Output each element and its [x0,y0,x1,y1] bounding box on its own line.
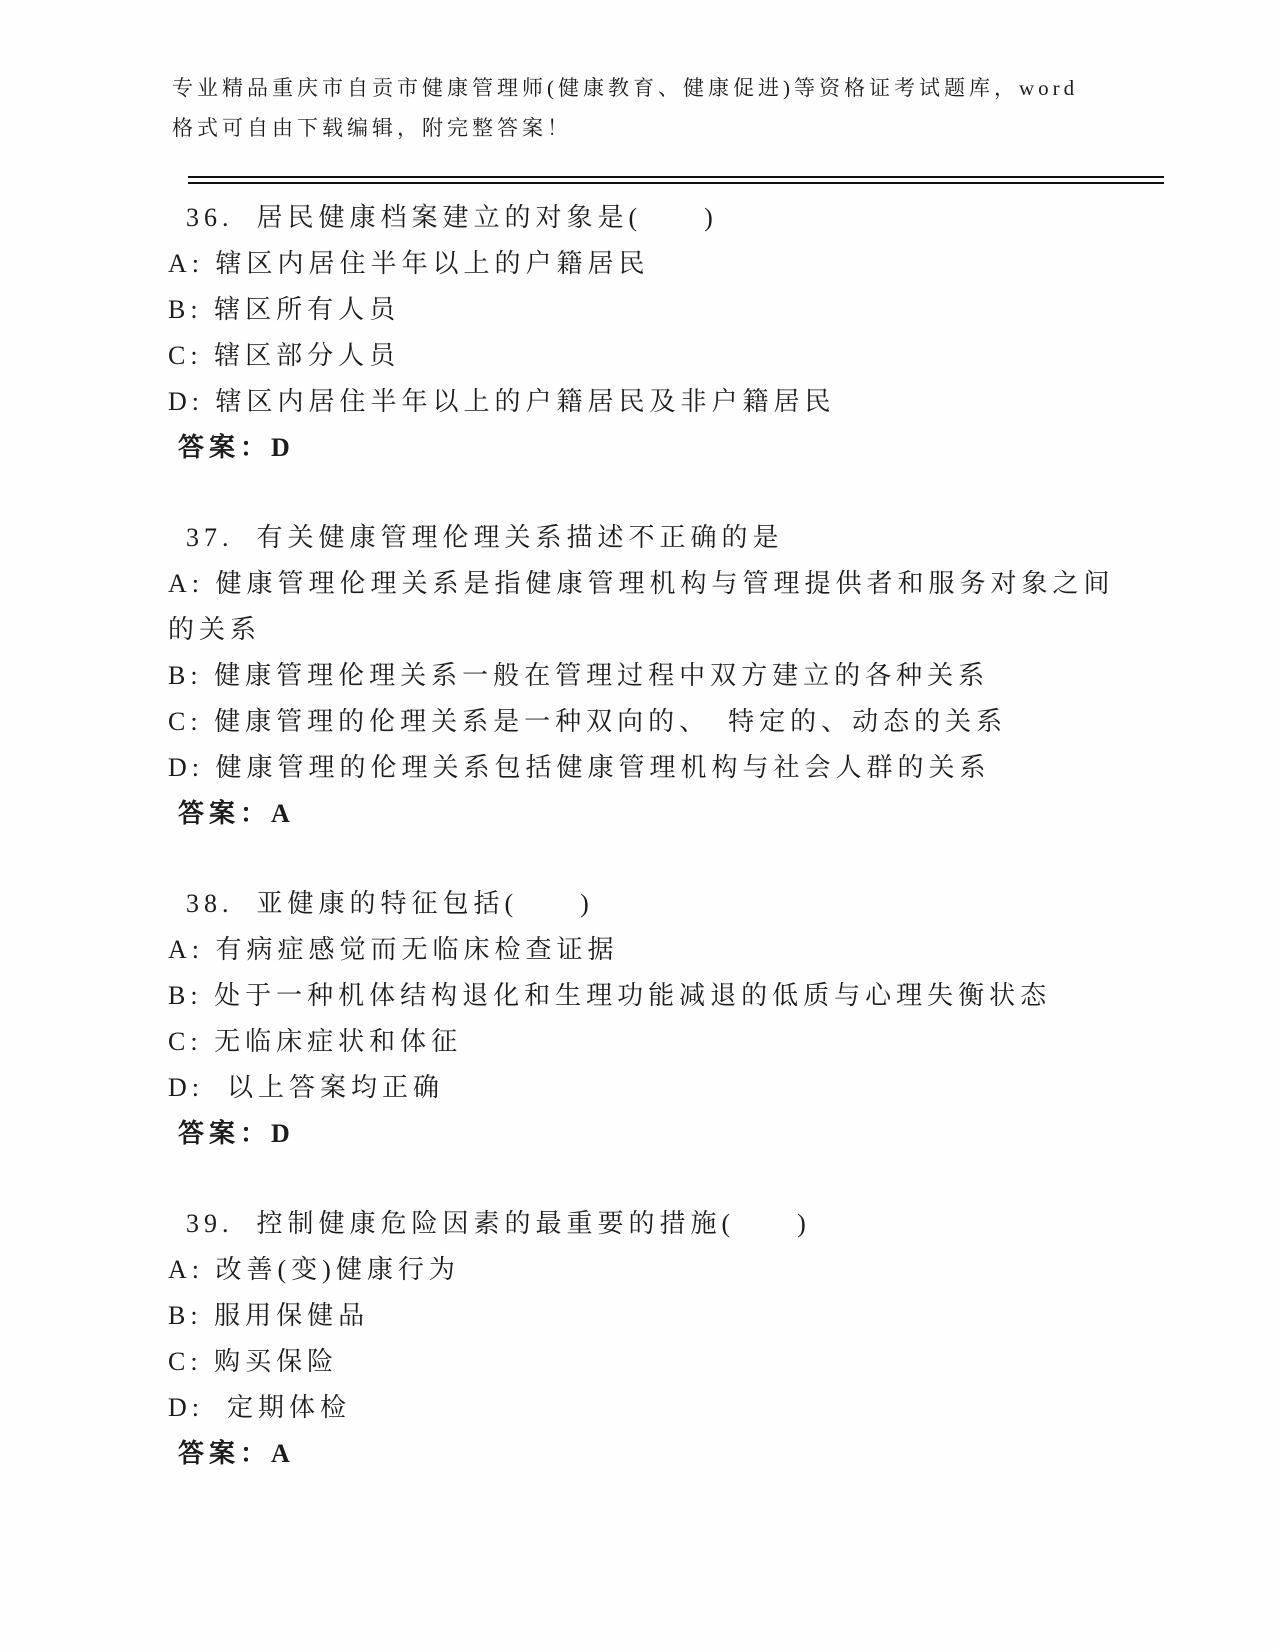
option-line: A: 改善(变)健康行为 [168,1247,1180,1293]
option-line-continuation: 的关系 [168,607,1180,653]
question-39: 39. 控制健康危险因素的最重要的措施( ) A: 改善(变)健康行为 B: 服… [168,1201,1180,1477]
question-title: 37. 有关健康管理伦理关系描述不正确的是 [168,515,1180,561]
question-37: 37. 有关健康管理伦理关系描述不正确的是 A: 健康管理伦理关系是指健康管理机… [168,515,1180,837]
option-line: A: 有病症感觉而无临床检查证据 [168,927,1180,973]
option-line: A: 辖区内居住半年以上的户籍居民 [168,241,1180,287]
answer-line: 答案：A [168,791,1180,837]
option-line: D: 定期体检 [168,1385,1180,1431]
option-line: B: 处于一种机体结构退化和生理功能减退的低质与心理失衡状态 [168,973,1180,1019]
answer-line: 答案：D [168,1111,1180,1157]
answer-line: 答案：D [168,425,1180,471]
header-disclaimer-line-1: 专业精品重庆市自贡市健康管理师(健康教育、健康促进)等资格证考试题库，word [172,68,1180,108]
question-38: 38. 亚健康的特征包括( ) A: 有病症感觉而无临床检查证据 B: 处于一种… [168,881,1180,1157]
option-line: D: 辖区内居住半年以上的户籍居民及非户籍居民 [168,379,1180,425]
document-page: 专业精品重庆市自贡市健康管理师(健康教育、健康促进)等资格证考试题库，word … [0,0,1275,1650]
header-disclaimer: 专业精品重庆市自贡市健康管理师(健康教育、健康促进)等资格证考试题库，word … [172,0,1180,148]
option-line: C: 无临床症状和体征 [168,1019,1180,1065]
option-line: C: 购买保险 [168,1339,1180,1385]
option-line: C: 辖区部分人员 [168,333,1180,379]
option-line: A: 健康管理伦理关系是指健康管理机构与管理提供者和服务对象之间 [168,561,1180,607]
question-title: 36. 居民健康档案建立的对象是( ) [168,195,1180,241]
header-disclaimer-line-2: 格式可自由下载编辑，附完整答案！ [172,108,1180,148]
answer-line: 答案：A [168,1431,1180,1477]
question-36: 36. 居民健康档案建立的对象是( ) A: 辖区内居住半年以上的户籍居民 B:… [168,195,1180,471]
option-line: D: 健康管理的伦理关系包括健康管理机构与社会人群的关系 [168,745,1180,791]
option-line: C: 健康管理的伦理关系是一种双向的、 特定的、动态的关系 [168,699,1180,745]
option-line: B: 健康管理伦理关系一般在管理过程中双方建立的各种关系 [168,653,1180,699]
option-line: D: 以上答案均正确 [168,1065,1180,1111]
question-list: 36. 居民健康档案建立的对象是( ) A: 辖区内居住半年以上的户籍居民 B:… [168,195,1180,1477]
question-title: 38. 亚健康的特征包括( ) [168,881,1180,927]
option-line: B: 辖区所有人员 [168,287,1180,333]
question-title: 39. 控制健康危险因素的最重要的措施( ) [168,1201,1180,1247]
header-divider [188,176,1164,184]
option-line: B: 服用保健品 [168,1293,1180,1339]
